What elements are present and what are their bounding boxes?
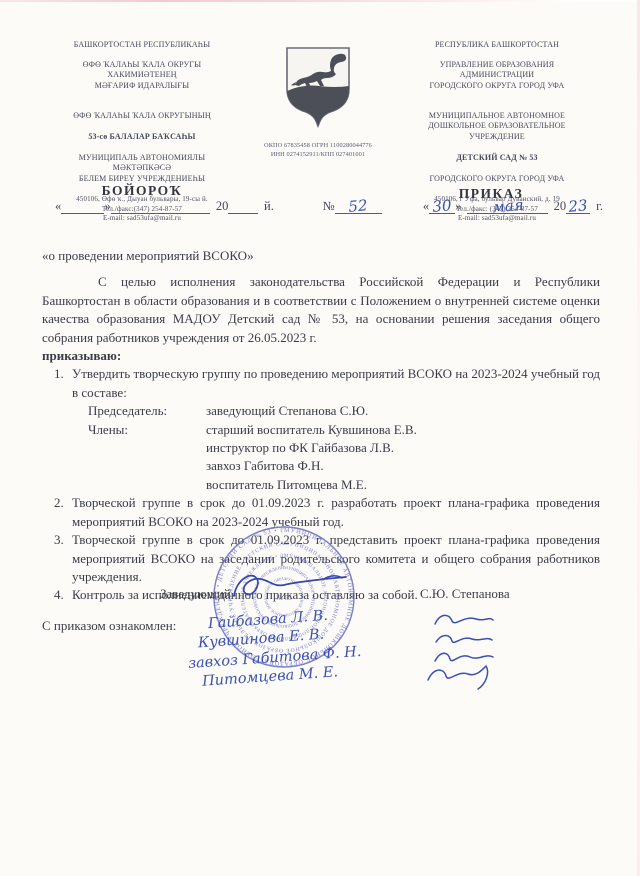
institution-name-bashkir: ӨФӨ ҠАЛАҺЫ ҠАЛА ОКРУГЫНЫҢ 53-сө БАЛАЛАР … (42, 100, 242, 184)
left-year-suffix: й. (264, 199, 274, 214)
director-name: С.Ю. Степанова (420, 586, 510, 602)
role-row-member-2: инструктор по ФК Гайбазова Л.В. (88, 439, 600, 457)
date-number-line: «»20й. №52 «30»мая2023г. (55, 199, 603, 214)
right-year-suffix: г. (596, 199, 603, 214)
role-row-chairman: Председатель: заведующий Степанова С.Ю. (88, 402, 600, 420)
month-handwritten: мая (491, 196, 524, 217)
letterhead-center-column: ОКПО 67835458 ОГРН 1100280044776 ИНН 027… (242, 40, 394, 224)
item-1-number: 1. (54, 365, 64, 383)
education-authority-russian: УПРАВЛЕНИЕ ОБРАЗОВАНИЯ АДМИНИСТРАЦИИ ГОР… (394, 60, 600, 92)
role-row-member-1: Члены: старший воспитатель Кувшинова Е.В… (88, 421, 600, 439)
order-title-bashkir: БОЙОРОҠ (42, 183, 242, 199)
order-number-line: 52 (335, 200, 382, 214)
role-label-members: Члены: (88, 421, 206, 439)
preamble-paragraph: С целью исполнения законодательства Росс… (42, 273, 600, 347)
working-group-roles: Председатель: заведующий Степанова С.Ю. … (88, 402, 600, 494)
item-1-text: Утвердить творческую группу по проведени… (72, 366, 600, 399)
ack-signature-1 (432, 611, 496, 629)
order-item-1: 1. Утвердить творческую группу по провед… (42, 365, 600, 494)
kindergarten-number-russian: ДЕТСКИЙ САД № 53 (456, 153, 537, 162)
role-value-member-3: завхоз Габитова Ф.Н. (206, 457, 324, 475)
left-day-blank (61, 200, 104, 214)
item-2-number: 2. (54, 494, 64, 512)
role-value-chairman: заведующий Степанова С.Ю. (206, 402, 368, 420)
ufa-coat-of-arms-emblem (283, 45, 353, 129)
right-year-prefix: 20 (554, 199, 567, 214)
role-value-member-4: воспитатель Питомцева М.Е. (206, 476, 367, 494)
order-subject: «о проведении мероприятий ВСОКО» (42, 247, 600, 265)
left-month-blank (111, 200, 211, 214)
order-number-handwritten: 52 (348, 196, 369, 216)
institution-rest-bashkir: МУНИЦИПАЛЬ АВТОНОМИЯЛЫ МӘКТӘПКӘСӘ БЕЛЕМ … (79, 153, 206, 183)
registration-codes: ОКПО 67835458 ОГРН 1100280044776 ИНН 027… (242, 142, 394, 159)
education-authority-bashkir: ӨФӨ ҠАЛАҺЫ ҠАЛА ОКРУГЫ ХАКИМИӘТЕНЕҢ МӘҒА… (42, 60, 242, 92)
emblem-ground (287, 86, 349, 126)
institution-rest-russian: ГОРОДСКОГО ОКРУГА ГОРОД УФА (430, 174, 565, 183)
orders-intro: приказываю: (42, 347, 600, 365)
day-line: 30 (429, 200, 455, 214)
institution-name-russian: МУНИЦИПАЛЬНОЕ АВТОНОМНОЕ ДОШКОЛЬНОЕ ОБРА… (394, 100, 600, 184)
day-handwritten: 30 (432, 196, 453, 216)
month-line: мая (467, 200, 548, 214)
ack-row-4: Питомцева М. Е. (202, 667, 496, 686)
left-year-blank (228, 200, 258, 214)
item-3-number: 3. (54, 531, 64, 549)
left-year-prefix: 20 (216, 199, 229, 214)
role-row-member-3: завхоз Габитова Ф.Н. (88, 457, 600, 475)
ack-row-1: Гайбазова Л. В. (208, 610, 496, 629)
director-handwritten-signature (224, 566, 359, 608)
acknowledgement-signatures: Гайбазова Л. В. Кувшинова Е. В. завхоз Г… (196, 610, 496, 686)
scan-artifact-top (0, 0, 640, 2)
institution-top-russian: МУНИЦИПАЛЬНОЕ АВТОНОМНОЕ ДОШКОЛЬНОЕ ОБРА… (428, 111, 565, 141)
right-close-quote: » (455, 199, 461, 214)
institution-line1-bashkir: ӨФӨ ҠАЛАҺЫ ҠАЛА ОКРУГЫНЫҢ (73, 111, 211, 120)
role-label-chairman: Председатель: (88, 402, 206, 420)
kindergarten-number-bashkir: 53-сө БАЛАЛАР БАҠСАҺЫ (88, 132, 195, 141)
ack-signature-4 (424, 662, 496, 692)
year-handwritten: 23 (568, 196, 589, 216)
item-4-number: 4. (54, 586, 64, 604)
republic-name-russian: РЕСПУБЛИКА БАШКОРТОСТАН (394, 40, 600, 51)
number-sign: № (323, 199, 335, 214)
year-line: 23 (566, 200, 590, 214)
role-row-member-4: воспитатель Питомцева М.Е. (88, 476, 600, 494)
role-value-member-2: инструктор по ФК Гайбазова Л.В. (206, 439, 394, 457)
ack-signature-2 (432, 630, 496, 648)
acknowledgement-label: С приказом ознакомлен: (42, 618, 176, 634)
order-document-page: БАШКОРТОСТАН РЕСПУБЛИКАҺЫ ӨФӨ ҠАЛАҺЫ ҠАЛ… (0, 0, 640, 876)
republic-name-bashkir: БАШКОРТОСТАН РЕСПУБЛИКАҺЫ (42, 40, 242, 51)
director-title: Заведующий (160, 586, 231, 602)
role-value-member-1: старший воспитатель Кувшинова Е.В. (206, 421, 417, 439)
